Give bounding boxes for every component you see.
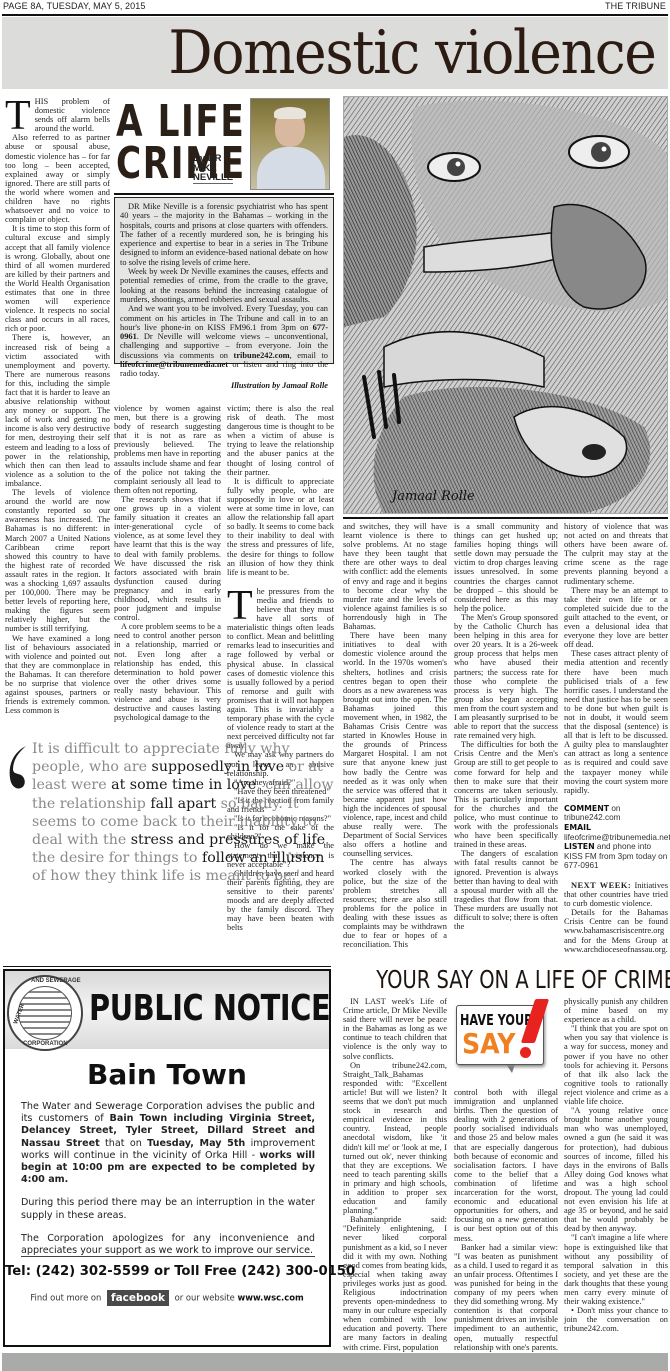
have-your-say-badge: HAVE YOUR SAY <box>454 1001 554 1079</box>
article-paragraph: There is, however, an increased risk of … <box>5 333 110 488</box>
public-notice-ad: AND SEWERAGE WATER CORPORATION PUBLIC NO… <box>3 969 331 1347</box>
page-headline: Domestic violence <box>169 21 656 85</box>
notice-paragraph: The Corporation apologizes for any incon… <box>21 1233 315 1257</box>
article-paragraph: victim; there is also the real risk of d… <box>227 404 334 477</box>
comment-paragraph: "A young relative once brought home anot… <box>564 1106 668 1233</box>
article-paragraph: The difficulties for both the Crisis Cen… <box>454 740 558 849</box>
info-paragraph: Week by week Dr Neville examines the cau… <box>120 267 328 304</box>
illustration-credit: Illustration by Jamaal Rolle <box>120 381 328 390</box>
comment-paragraph: "I think that you are spot on when you s… <box>564 1024 668 1106</box>
headline-band: Domestic violence <box>2 17 668 89</box>
column-brand-title: A LIFE OF CRIME <box>116 99 246 145</box>
column-info-box: DR Mike Neville is a forensic psychiatri… <box>114 197 334 364</box>
article-paragraph: The levels of violence around the world … <box>5 488 110 634</box>
contact-block: COMMENT on tribune242.com EMAIL lifeofcr… <box>564 804 668 871</box>
footer-band <box>2 1353 668 1371</box>
article-paragraph: and switches, they will have learnt viol… <box>343 522 447 631</box>
notice-title: PUBLIC NOTICE <box>89 989 330 1029</box>
wsc-website-link[interactable]: www.wsc.com <box>238 1293 304 1303</box>
article-column-2: violence by women against men, but there… <box>114 404 221 722</box>
article-column-1: THIS problem of domestic violence sends … <box>5 97 110 715</box>
article-paragraph: Also referred to as partner abuse or spo… <box>5 133 110 224</box>
notice-divider <box>21 1256 315 1257</box>
article-column-4: and switches, they will have learnt viol… <box>343 522 447 949</box>
article-paragraph: is a small community and things can get … <box>454 522 558 613</box>
notice-place: Bain Town <box>5 1059 329 1091</box>
dropcap: T <box>5 99 31 133</box>
article-column-6: history of violence that was not acted o… <box>564 522 668 954</box>
your-say-column-1: IN LAST week's Life of Crime article, Dr… <box>343 997 447 1352</box>
notice-telephone[interactable]: Tel: (242) 302-5599 or Toll Free (242) 3… <box>5 1264 329 1279</box>
article-paragraph: These cases attract plenty of media atte… <box>564 649 668 795</box>
wsc-logo-icon: AND SEWERAGE WATER CORPORATION <box>7 975 83 1051</box>
contact-email[interactable]: EMAIL lifeofcrime@tribunemedia.net <box>564 823 668 842</box>
illustration-divider <box>343 517 668 519</box>
comment-paragraph: • Don't miss your chance to join the con… <box>564 1306 668 1333</box>
info-paragraph: DR Mike Neville is a forensic psychiatri… <box>120 202 328 267</box>
facebook-icon[interactable]: facebook <box>107 1290 169 1306</box>
article-paragraph: There have been many initiatives to deal… <box>343 631 447 858</box>
comment-paragraph: Banker had a similar view: "I was beaten… <box>454 1243 558 1361</box>
comment-paragraph: IN LAST week's Life of Crime article, Dr… <box>343 997 447 1061</box>
comment-paragraph: "I can't imagine a life where hope is ex… <box>564 1233 668 1306</box>
comment-paragraph: On tribune242.com, Straight_Talk_Bahamas… <box>343 1061 447 1216</box>
article-paragraph: The Men's Group sponsored by the Catholi… <box>454 613 558 740</box>
details-links: Details for the Bahamas Crisis Centre ca… <box>564 908 668 953</box>
author-photo <box>250 98 330 190</box>
comment-paragraph: Bahamianpride said: "Definitely enlighte… <box>343 1215 447 1351</box>
article-paragraph: There may be an attempt to take their ow… <box>564 586 668 650</box>
notice-body: The Water and Sewerage Corporation advis… <box>21 1101 315 1268</box>
article-paragraph: We have examined a long list of behaviou… <box>5 634 110 716</box>
article-intro: THIS problem of domestic violence sends … <box>5 97 110 133</box>
comment-paragraph: control both with illegal immigration an… <box>454 1088 558 1243</box>
folio-divider <box>2 14 668 16</box>
article-paragraph: The research shows that if one grows up … <box>114 495 221 622</box>
article-paragraph: It is difficult to appreciate fully why … <box>227 477 334 577</box>
notice-paragraph: The Water and Sewerage Corporation advis… <box>21 1101 315 1186</box>
article-paragraph: history of violence that was not acted o… <box>564 522 668 586</box>
notice-find-more: Find out more on facebook or our website… <box>5 1290 329 1306</box>
your-say-column-3: physically punish any children of mine b… <box>564 997 668 1333</box>
folio-publication: THE TRIBUNE <box>605 1 666 11</box>
comment-paragraph: physically punish any children of mine b… <box>564 997 668 1024</box>
article-paragraph: The centre has always worked closely wit… <box>343 858 447 949</box>
contact-comment[interactable]: COMMENT on tribune242.com <box>564 804 668 823</box>
article-subsection-intro: The pressures from the media and friends… <box>227 587 334 751</box>
illustration-domestic-violence: Jamaal Rolle <box>343 96 668 514</box>
folio-page-date: PAGE 8A, TUESDAY, MAY 5, 2015 <box>3 1 145 11</box>
info-paragraph: And we want you to be involved. Every Tu… <box>120 304 328 378</box>
pull-quote: It is difficult to appreciate fully why … <box>8 740 338 886</box>
your-say-title: YOUR SAY ON A LIFE OF CRIME <box>376 966 633 994</box>
brand-divider <box>114 193 334 195</box>
your-say-column-2: control both with illegal immigration an… <box>454 1088 558 1361</box>
notice-paragraph: During this period there may be an inter… <box>21 1197 315 1221</box>
article-paragraph: The dangers of escalation with fatal res… <box>454 849 558 931</box>
byline: By DR MIKE NEVILLE <box>193 154 233 184</box>
pullquote-divider <box>3 966 331 967</box>
next-week-teaser: NEXT WEEK: Initiatives that other countr… <box>564 881 668 908</box>
article-paragraph: violence by women against men, but there… <box>114 404 221 495</box>
article-column-5: is a small community and things can get … <box>454 522 558 931</box>
article-paragraph: It is time to stop this form of cultural… <box>5 224 110 333</box>
illustration-artwork <box>344 97 668 514</box>
badge-line2: SAY <box>462 1027 515 1060</box>
article-paragraph: A core problem seems to be a need to con… <box>114 622 221 722</box>
artist-signature: Jamaal Rolle <box>392 489 475 504</box>
contact-listen: LISTEN and phone into KISS FM from 3pm t… <box>564 842 668 871</box>
